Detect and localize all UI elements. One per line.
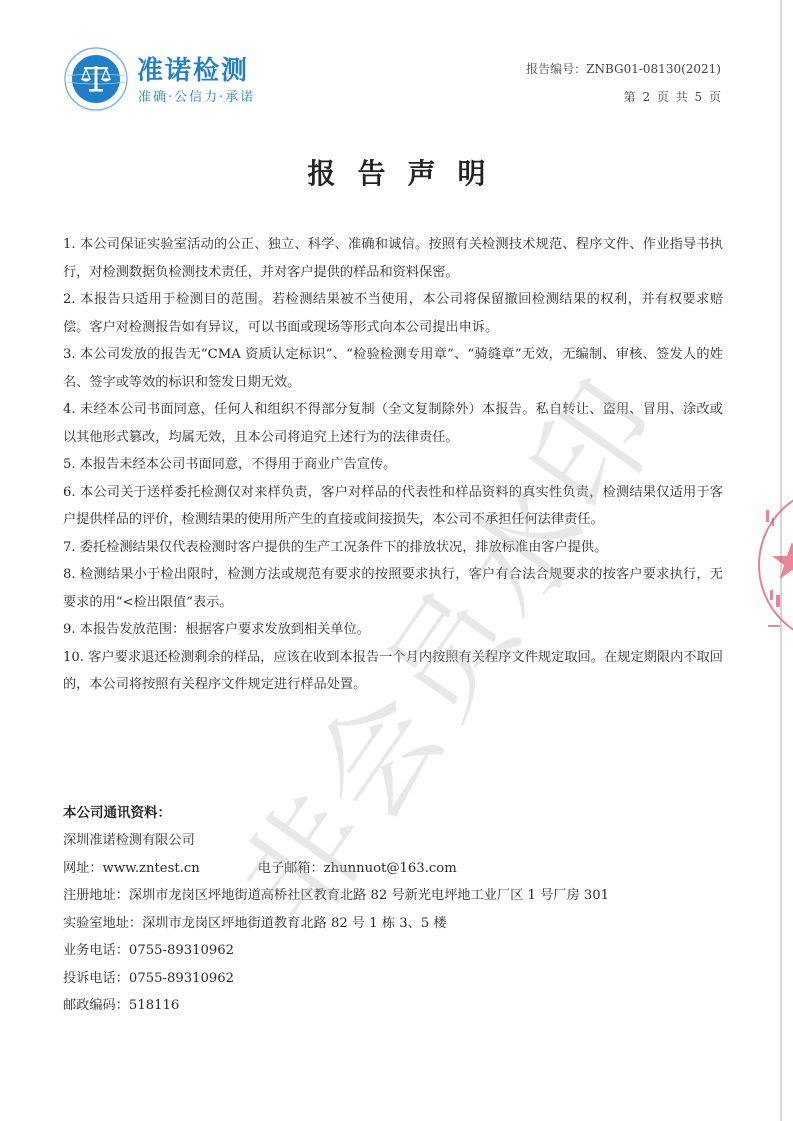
- company-name: 深圳准诺检测有限公司: [63, 827, 723, 855]
- declaration-clauses: 1. 本公司保证实验室活动的公正、独立、科学、准确和诚信。按照有关检测技术规范、…: [63, 231, 723, 699]
- scales-of-justice-icon: [63, 46, 129, 112]
- registered-address: 注册地址：深圳市龙岗区坪地街道高桥社区教育北路 82 号新光电坪地工业厂区 1 …: [63, 882, 723, 910]
- clause-3: 3. 本公司发放的报告无“CMA 资质认定标识”、“检验检测专用章”、“骑缝章”…: [63, 341, 723, 396]
- clause-10: 10. 客户要求退还检测剩余的样品，应该在收到本报告一个月内按照有关程序文件规定…: [63, 644, 723, 699]
- report-number: 报告编号：ZNBG01-08130(2021): [526, 60, 721, 77]
- web-email-line: 网址：www.zntest.cn电子邮箱：zhunnuot@163.com: [63, 855, 723, 883]
- clause-2: 2. 本报告只适用于检测目的范围。若检测结果被不当使用，本公司将保留撤回检测结果…: [63, 286, 723, 341]
- website: 网址：www.zntest.cn: [63, 861, 200, 876]
- clause-4: 4. 未经本公司书面同意，任何人和组织不得部分复制（全文复制除外）本报告。私自转…: [63, 396, 723, 451]
- contact-info: 本公司通讯资料： 深圳准诺检测有限公司 网址：www.zntest.cn电子邮箱…: [63, 800, 723, 1020]
- clause-9: 9. 本报告发放范围：根据客户要求发放到相关单位。: [63, 616, 723, 644]
- page-indicator: 第 2 页 共 5 页: [624, 88, 721, 105]
- email: 电子邮箱：zhunnuot@163.com: [258, 861, 457, 876]
- clause-7: 7. 委托检测结果仅代表检测时客户提供的生产工况条件下的排放状况，排放标准由客户…: [63, 534, 723, 562]
- business-phone: 业务电话：0755-89310962: [63, 937, 723, 965]
- page-title: 报告声明: [0, 152, 793, 192]
- clause-8: 8. 检测结果小于检出限时，检测方法或规范有要求的按照要求执行，客户有合法合规要…: [63, 561, 723, 616]
- lab-address: 实验室地址：深圳市龙岗区坪地街道教育北路 82 号 1 栋 3、5 楼: [63, 910, 723, 938]
- clause-6: 6. 本公司关于送样委托检测仅对来样负责，客户对样品的代表性和样品资料的真实性负…: [63, 479, 723, 534]
- red-seal-stamp-icon: [752, 480, 793, 650]
- postal-code: 邮政编码：518116: [63, 992, 723, 1020]
- clause-5: 5. 本报告未经本公司书面同意，不得用于商业广告宣传。: [63, 451, 723, 479]
- complaint-phone: 投诉电话：0755-89310962: [63, 965, 723, 993]
- contact-heading: 本公司通讯资料：: [63, 800, 723, 827]
- company-logo-name: 准诺检测: [137, 50, 249, 87]
- clause-1: 1. 本公司保证实验室活动的公正、独立、科学、准确和诚信。按照有关检测技术规范、…: [63, 231, 723, 286]
- company-logo: 准诺检测 准确·公信力·承诺: [63, 46, 293, 112]
- company-logo-slogan: 准确·公信力·承诺: [138, 86, 255, 105]
